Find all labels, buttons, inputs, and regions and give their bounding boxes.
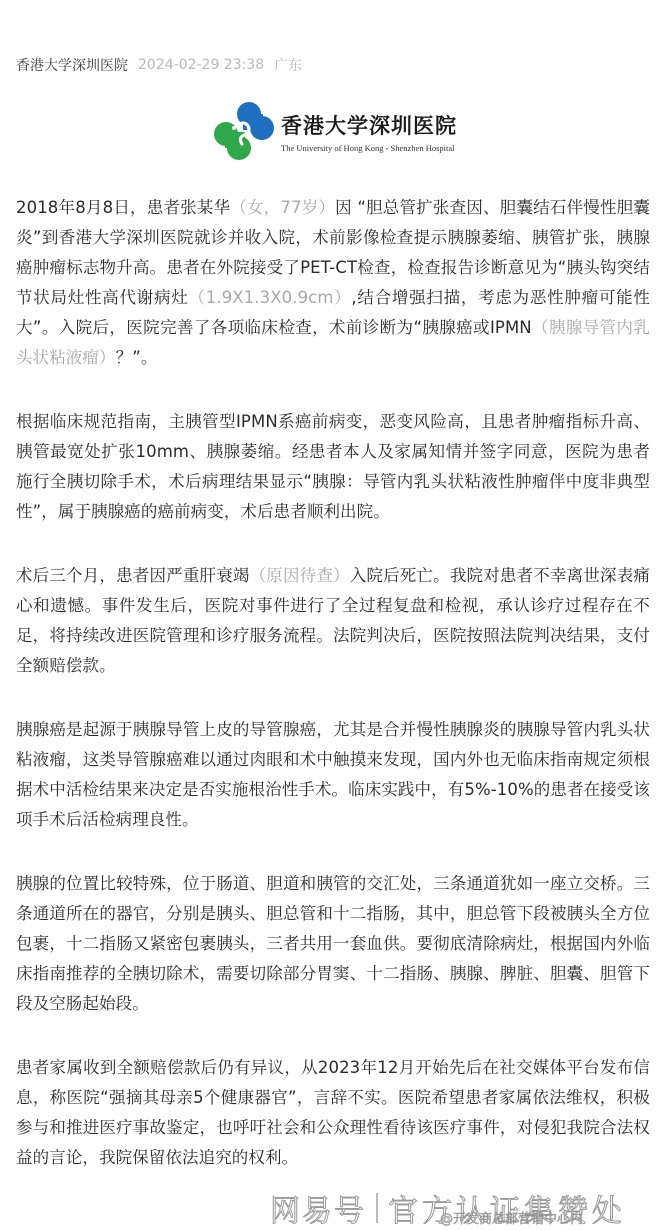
paragraph-4: 胰腺癌是起源于胰腺导管上皮的导管腺癌，尤其是合并慢性胰腺炎的胰腺导管内乳头状粘液… [16,715,650,835]
paragraph-2: 根据临床规范指南，主胰管型IPMN系癌前病变，恶变风险高，且患者肿瘤指标升高、胰… [16,407,650,527]
text-segment-muted: （原因待查） [250,566,350,585]
hospital-name-en: The University of Hong Kong - Shenzhen H… [281,143,457,153]
article-meta: 香港大学深圳医院 2024-02-29 23:38 广东 [16,55,302,75]
hospital-logo: 香港大学深圳医院 The University of Hong Kong - S… [213,100,457,162]
hospital-logo-text: 香港大学深圳医院 The University of Hong Kong - S… [281,110,457,153]
paragraph-1: 2018年8月8日，患者张某华（女，77岁）因 “胆总管扩张查因、胆囊结石伴慢性… [16,193,650,373]
publish-timestamp: 2024-02-29 23:38 [138,57,264,73]
source-name[interactable]: 香港大学深圳医院 [16,55,128,75]
text-segment: 患者家属收到全额赔偿款后仍有异议，从2023年12月开始先后在社交媒体平台发布信… [16,1058,650,1167]
paragraph-5: 胰腺的位置比较特殊，位于肠道、胆道和胰管的交汇处，三条通道犹如一座立交桥。三条通… [16,869,650,1019]
text-segment: 术后三个月，患者因严重肝衰竭 [16,566,250,585]
paragraph-6: 患者家属收到全额赔偿款后仍有异议，从2023年12月开始先后在社交媒体平台发布信… [16,1053,650,1173]
text-segment-muted: （女，77岁） [230,198,335,217]
watermark-handle: @开发商总部营销中心内 [440,1208,583,1227]
text-segment-muted: （1.9X1.3X0.9cm） [189,288,352,307]
hospital-logo-icon [213,100,275,162]
text-segment: 2018年8月8日，患者张某华 [16,198,230,217]
text-segment: 根据临床规范指南，主胰管型IPMN系癌前病变，恶变风险高，且患者肿瘤指标升高、胰… [16,412,650,521]
text-segment: ？”。 [116,348,158,367]
article-body: 2018年8月8日，患者张某华（女，77岁）因 “胆总管扩张查因、胆囊结石伴慢性… [16,193,650,1207]
hospital-name-cn: 香港大学深圳医院 [281,110,457,140]
paragraph-3: 术后三个月，患者因严重肝衰竭（原因待查）入院后死亡。我院对患者不幸离世深表痛心和… [16,561,650,681]
text-segment: 胰腺癌是起源于胰腺导管上皮的导管腺癌，尤其是合并慢性胰腺炎的胰腺导管内乳头状粘液… [16,720,650,829]
text-segment: 胰腺的位置比较特殊，位于肠道、胆道和胰管的交汇处，三条通道犹如一座立交桥。三条通… [16,874,650,1013]
publish-location: 广东 [274,55,302,75]
